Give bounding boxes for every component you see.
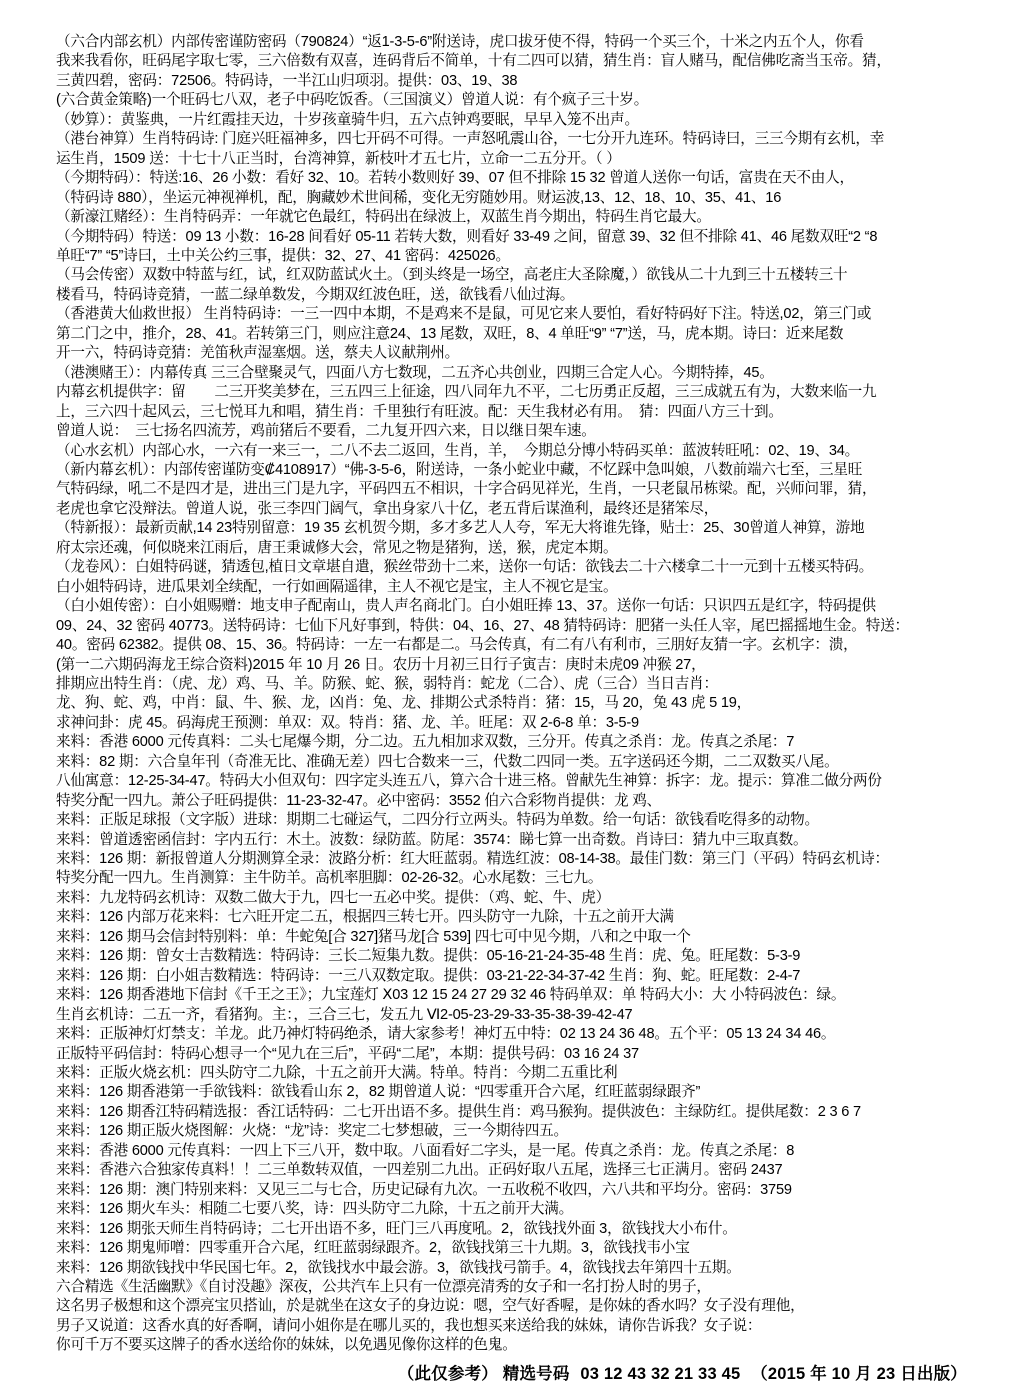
text-line: 来料：正版火烧玄机：四头防守二九除，十五之前开大满。特单。特肖：今期二五重比利 bbox=[56, 1064, 967, 1083]
text-line: 来料：香港 6000 元传真料：一四上下三八开，数中取。八面看好二字头，是一尾。… bbox=[56, 1142, 967, 1161]
text-line: 来料：126 期马会信封特别料：单：牛蛇兔[合 327]猪马龙[合 539] 四… bbox=[56, 928, 967, 947]
text-line: （特码诗 880），坐运元神视禅机，配，胸藏妙术世间稀，变化无穷随妙用。财运波,… bbox=[56, 189, 967, 208]
text-line: 来料：126 内部万花来料：七六旺开定二五，根据四三转七开。四头防守一九除，十五… bbox=[56, 908, 967, 927]
text-line: （港台神算）生肖特码诗: 门庭兴旺福神多，四七开码不可得。一声怒吼震山谷，一七分… bbox=[56, 130, 967, 149]
text-line: 来料：126 期火车头：相随二七要八奖，诗：四头防守二九除，十五之前开大满。 bbox=[56, 1200, 967, 1219]
footer-note: （此仅参考） bbox=[398, 1360, 498, 1384]
text-line: (第一二六期码海龙王综合资料)2015 年 10 月 26 日。农历十月初三日行… bbox=[56, 656, 967, 675]
text-line: 你可千万不要买这牌子的香水送给你的妹妹，以免遇见像你这样的色鬼。 bbox=[56, 1336, 967, 1355]
text-line: 排期应出特生肖：（虎、龙）鸡、马、羊。防猴、蛇、猴，弱特肖：蛇龙（二合）、虎（三… bbox=[56, 675, 967, 694]
text-line: （新内幕玄机）：内部传密谨防变₡4108917）“佛-3-5-6，附送诗，一条小… bbox=[56, 461, 967, 480]
text-line: 来料：126 期：新报曾道人分期测算全录：波路分析：红大旺蓝弱。精选红波：08-… bbox=[56, 850, 967, 869]
text-line: 来料：126 期鬼师噌：四零重开合六尾，红旺蓝弱绿跟齐。2，欲钱找第三十九期。3… bbox=[56, 1239, 967, 1258]
text-line: 老虎也拿它没辩法。曾道人说，张三李四门阔气，拿出身家八十亿，老五背后谋渔利，最终… bbox=[56, 500, 967, 519]
text-line: 六合精选《生活幽默》《自讨没趣》深夜，公共汽车上只有一位漂亮清秀的女子和一名打扮… bbox=[56, 1278, 967, 1297]
text-line: 上，三六四十起风云，三七悦耳九和唱，猜生肖：千里独行有旺波。配：天生我材必有用。… bbox=[56, 403, 967, 422]
text-line: 特奖分配一四九。生肖测算：主牛防羊。高机率胆脚：02-26-32。心水尾数：三七… bbox=[56, 869, 967, 888]
text-line: （白小姐传密）：白小姐赐赠：地支申子配南山，贵人声名商北门。白小姐旺捧 13、3… bbox=[56, 597, 967, 616]
text-line: 来料：126 期欲钱找中华民国七年。2，欲钱找水中最会游。3，欲钱找弓箭手。4，… bbox=[56, 1259, 967, 1278]
text-line: 楼看马，特码诗竞猜，一蓝二绿单数发，今期双红波色旺，送，欲钱看八仙过海。 bbox=[56, 286, 967, 305]
footer-line: （此仅参考） 精选号码 03 12 43 32 21 33 45 （2015 年… bbox=[56, 1360, 967, 1384]
text-line: 来料：126 期：澳门特别来料：又见三二与七合，历史记碌有九次。一五收税不收四，… bbox=[56, 1181, 967, 1200]
document-body: （六合内部玄机）内部传密谨防密码（790824）“返1-3-5-6”附送诗，虎口… bbox=[56, 33, 967, 1356]
text-line: （新濠江赌经）：生肖特码弄：一年就它色最红，特码出在绿波上，双蓝生肖今期出，特码… bbox=[56, 208, 967, 227]
text-line: （心水玄机）内部心水，一六有一来三一，二八不去二返回，生肖，羊， 今期总分博小特… bbox=[56, 442, 967, 461]
text-line: 内幕玄机提供字：留 二三开奖美梦在，三五四三上征途，四八同年九不平，二七历勇正反… bbox=[56, 383, 967, 402]
footer-publish-date: （2015 年 10 月 23 日出版） bbox=[751, 1360, 967, 1384]
text-line: 来料：正版神灯灯禁支：羊龙。此乃神灯特码绝杀，请大家参考！神灯五中特：02 13… bbox=[56, 1025, 967, 1044]
text-line: 生肖玄机诗：二五一齐，看猪狗。主：，三合三七，发五九 Ⅵ2-05-23-29-3… bbox=[56, 1006, 967, 1025]
text-line: （龙卷风）：白姐特码谜，猜透包,植日文章堪自遣，猴丝带劲十二来，送你一句话：欲钱… bbox=[56, 558, 967, 577]
text-line: 我来我看你，旺码尾字取七零，三六倍数有双喜，连码背后不简单，十有二四可以猜，猜生… bbox=[56, 52, 967, 71]
text-line: 单旺“7” “5”诗曰，土中关公约三事，提供：32、27、41 密码：42502… bbox=[56, 247, 967, 266]
text-line: 第二门之中，推介，28、41。若转第三门，则应注意24、13 尾数，双旺，8、4… bbox=[56, 325, 967, 344]
text-line: (六合黄金策略)一个旺码七八双，老子中码吃饭香。（三国演义）曾道人说：有个疯子三… bbox=[56, 91, 967, 110]
text-line: 府太宗还魂，何似晓来江雨后，唐王秉诚修大会，常见之物是猪狗，送，猴，虎定本期。 bbox=[56, 539, 967, 558]
text-line: （今期特码）：特送:16、26 小数：看好 32、10。若转小数则好 39、07… bbox=[56, 169, 967, 188]
text-line: 09、24、32 密码 40773。送特码诗：七仙下凡好事到，特供：04、16、… bbox=[56, 617, 967, 636]
text-line: 来料：126 期香港第一手欲钱料：欲钱看山东 2，82 期曾道人说：“四零重开合… bbox=[56, 1083, 967, 1102]
text-line: 来料：126 期香江特码精选报：香江话特码：二七开出语不多。提供生肖：鸡马猴狗。… bbox=[56, 1103, 967, 1122]
text-line: 来料：126 期正版火烧图解：火烧：“龙”诗：奖定二七梦想破，三一今期待四五。 bbox=[56, 1122, 967, 1141]
text-line: 来料：126 期香港地下信封《千王之王》；九宝莲灯 Ⅹ03 12 15 24 2… bbox=[56, 986, 967, 1005]
text-line: 气特码绿，吼二不是四才是，进出三门是九字，平码四五不相识，十字合码见祥光，生肖，… bbox=[56, 480, 967, 499]
text-line: 这名男子极想和这个漂亮宝贝搭讪，於是就坐在这女子的身边说：嗯，空气好香喔，是你妹… bbox=[56, 1297, 967, 1316]
text-line: （香港黄大仙救世报） 生肖特码诗：一三一四中本期，不是鸡来不是鼠，可见它来人要怕… bbox=[56, 305, 967, 324]
text-line: 正版特平码信封：特码心想寻一个“见九在三后”，平码“二尾”，本期：提供号码：03… bbox=[56, 1045, 967, 1064]
footer-label: 精选号码 bbox=[503, 1360, 570, 1384]
text-line: （妙算）：黄鉴典，一片红霞挂天边，十岁孩童骑牛归，五六点钟鸡要眠，早早入笼不出声… bbox=[56, 111, 967, 130]
text-line: 开一六，特码诗竞猜：羌笛秋声湿塞烟。送，蔡夫人议献荆州。 bbox=[56, 344, 967, 363]
footer-selected-numbers: 03 12 43 32 21 33 45 bbox=[580, 1365, 740, 1384]
text-line: （马会传密）双数中特蓝与红，试，红双防蓝试火土。（到头终是一场空，高老庄大圣除魔… bbox=[56, 266, 967, 285]
text-line: （今期特码）特送：09 13 小数：16-28 间看好 05-11 若转大数，则… bbox=[56, 228, 967, 247]
text-line: 来料：126 期张天师生肖特码诗；二七开出语不多，旺门三八再度吼。2，欲钱找外面… bbox=[56, 1220, 967, 1239]
text-line: （六合内部玄机）内部传密谨防密码（790824）“返1-3-5-6”附送诗，虎口… bbox=[56, 33, 967, 52]
text-line: 龙、狗、蛇、鸡，中肖：鼠、牛、猴、龙，凶肖：兔、龙、排期公式杀特肖：猪：15，马… bbox=[56, 694, 967, 713]
text-line: 曾道人说： 三七扬名四流芳，鸡前猪后不要看，二九复开四六来，日以继日架车速。 bbox=[56, 422, 967, 441]
text-line: 三黄四碧，密码：72506。特码诗，一半江山归项羽。提供：03、19、38 bbox=[56, 72, 967, 91]
text-line: 来料：126 期：白小姐吉数精选：特码诗：一三八双数定取。提供：03-21-22… bbox=[56, 967, 967, 986]
text-line: （港澳赌王）：内幕传真 三三合壁聚灵气，四面八方七数现，二五齐心共创业，四期三合… bbox=[56, 364, 967, 383]
text-line: 八仙寓意：12-25-34-47。特码大小但双句：四字定头连五八，算六合十进三格… bbox=[56, 772, 967, 791]
document-page: （六合内部玄机）内部传密谨防密码（790824）“返1-3-5-6”附送诗，虎口… bbox=[0, 0, 1017, 1388]
text-line: 来料：九龙特码玄机诗：双数二做大于九，四七一五必中奖。提供：（鸡、蛇、牛、虎） bbox=[56, 889, 967, 908]
text-line: 40。密码 62382。提供 08、15、36。特码诗：一左一右都是二。马会传真… bbox=[56, 636, 967, 655]
text-line: 运生肖，1509 送：十七十八正当时，台湾神算，新枝叶才五七片，立命一二五分开。… bbox=[56, 150, 967, 169]
text-line: 来料：曾道透密函信封：字内五行：木土。波数：绿防蓝。防尾：3574：睇七算一出奇… bbox=[56, 831, 967, 850]
text-line: （特新报）：最新贡献,14 23特别留意：19 35 玄机贺今期，多才多艺人人夸… bbox=[56, 519, 967, 538]
text-line: 白小姐特码诗，进瓜果刘全续配，一行如画隔遥律，主人不视它是宝，主人不视它是宝。 bbox=[56, 578, 967, 597]
text-line: 来料：126 期：曾女士吉数精选：特码诗：三长二短集九数。提供：05-16-21… bbox=[56, 947, 967, 966]
text-line: 求神问卦：虎 45。码海虎王预测：单双：双。特肖：猪、龙、羊。旺尾：双 2-6-… bbox=[56, 714, 967, 733]
text-line: 来料：82 期：六合皇年刊（奇准无比、准确无差）四七合数来一三，代数二四同一类。… bbox=[56, 753, 967, 772]
text-line: 男子又说道：这香水真的好香啊，请问小姐你是在哪儿买的，我也想买来送给我的妹妹，请… bbox=[56, 1317, 967, 1336]
text-line: 来料：正版足球报（文字版）进球：期期二七碰运气，二四分行立两头。特码为单数。给一… bbox=[56, 811, 967, 830]
text-line: 特奖分配一四九。萧公子旺码提供：11-23-32-47。必中密码：3552 伯六… bbox=[56, 792, 967, 811]
text-line: 来料：香港六合独家传真料！！二三单数转双值，一四差别二九出。正码好取八五尾，选择… bbox=[56, 1161, 967, 1180]
text-line: 来料：香港 6000 元传真料：二头七尾爆今期，分二边。五九相加求双数，三分开。… bbox=[56, 733, 967, 752]
